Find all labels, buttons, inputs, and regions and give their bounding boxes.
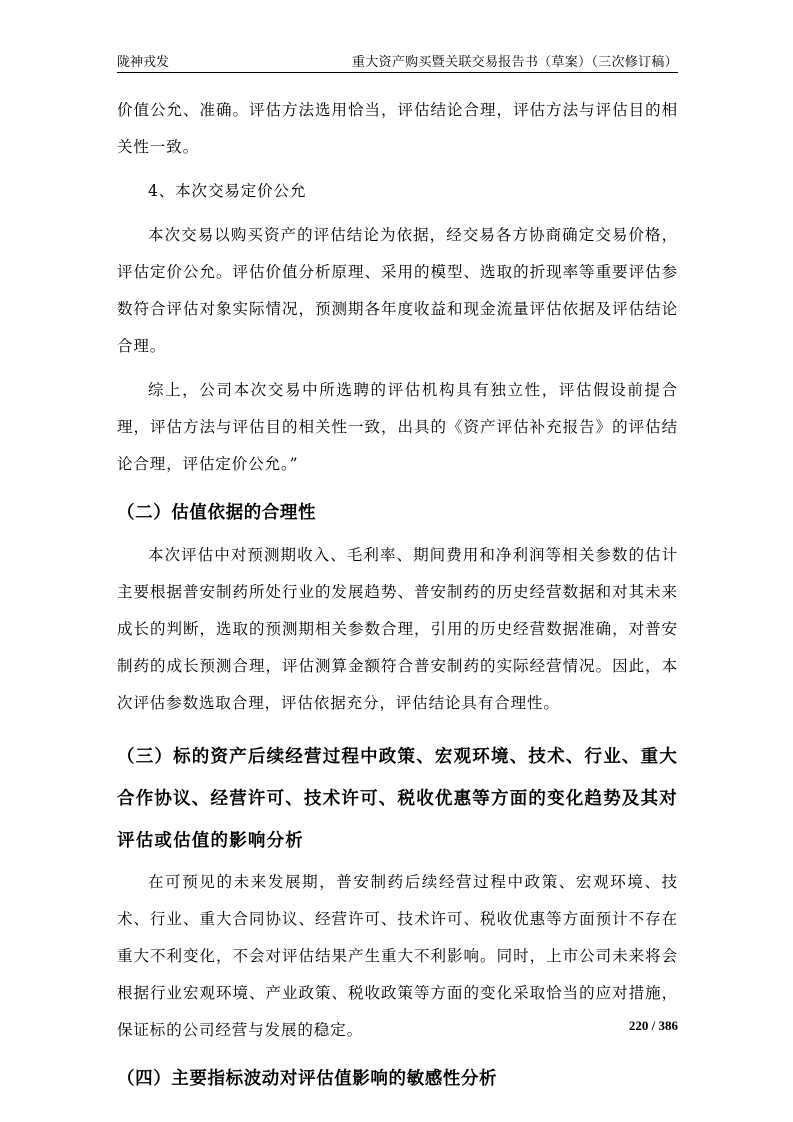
header-document-title: 重大资产购买暨关联交易报告书（草案）（三次修订稿） bbox=[352, 51, 678, 70]
summary-paragraph: 综上，公司本次交易中所选聘的评估机构具有独立性，评估假设前提合理，评估方法与评估… bbox=[117, 372, 678, 483]
section-2-heading: （二）估值依据的合理性 bbox=[117, 493, 678, 533]
section-3-paragraph: 在可预见的未来发展期，普安制药后续经营过程中政策、宏观环境、技术、行业、重大合同… bbox=[117, 864, 678, 1049]
section-4-heading: （四）主要指标波动对评估值影响的敏感性分析 bbox=[117, 1059, 678, 1099]
header-company: 陇神戎发 bbox=[117, 51, 169, 70]
page-number: 220 / 386 bbox=[629, 1018, 678, 1034]
section-2-paragraph: 本次评估中对预测期收入、毛利率、期间费用和净利润等相关参数的估计主要根据普安制药… bbox=[117, 537, 678, 722]
paragraph-continuation: 价值公允、准确。评估方法选用恰当，评估结论合理，评估方法与评估目的相关性一致。 bbox=[117, 92, 678, 166]
page-header: 陇神戎发 重大资产购买暨关联交易报告书（草案）（三次修订稿） bbox=[117, 52, 678, 73]
item-4-paragraph: 本次交易以购买资产的评估结论为依据，经交易各方协商确定交易价格，评估定价公允。评… bbox=[117, 217, 678, 365]
item-4-title: 4、本次交易定价公允 bbox=[117, 173, 678, 210]
page-content: 价值公允、准确。评估方法选用恰当，评估结论合理，评估方法与评估目的相关性一致。 … bbox=[117, 92, 678, 1103]
section-3-heading: （三）标的资产后续经营过程中政策、宏观环境、技术、行业、重大合作协议、经营许可、… bbox=[117, 736, 678, 862]
